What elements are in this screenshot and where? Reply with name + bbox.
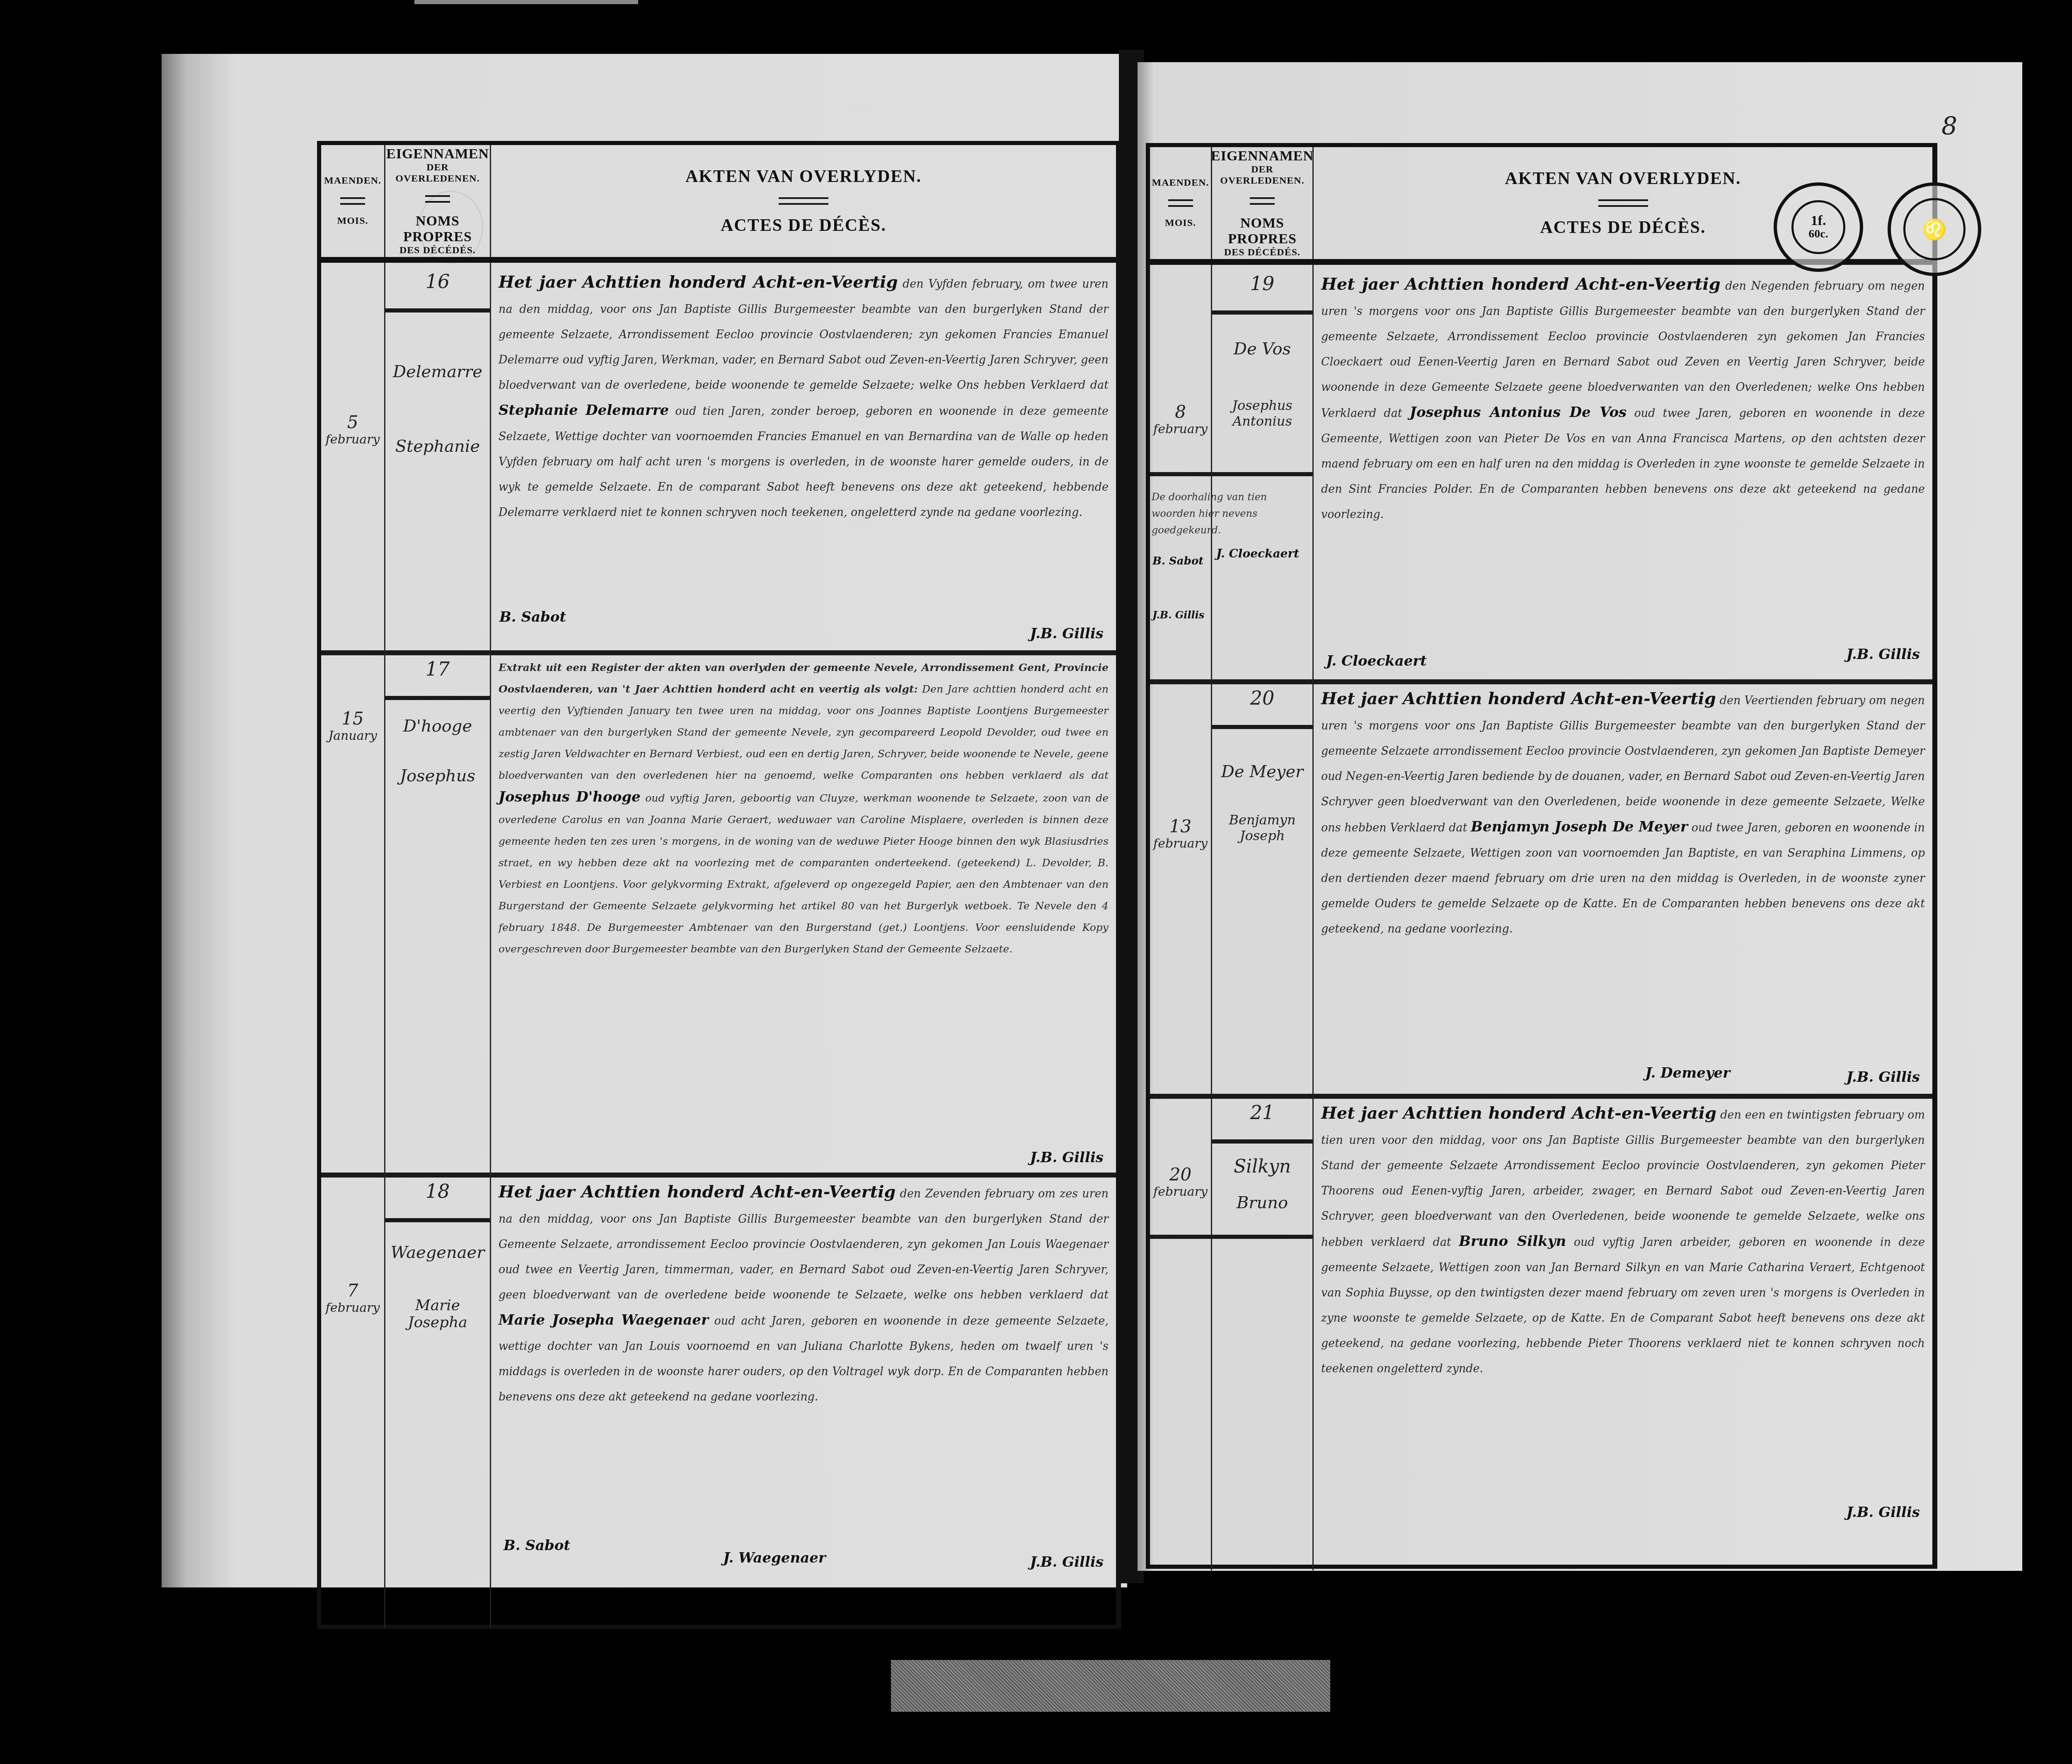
signature: J.B. Gillis — [1030, 625, 1104, 642]
surname: De Meyer — [1212, 762, 1312, 781]
table-row: 7february 18 Waegenaer Marie Josepha Het… — [321, 1173, 1116, 1628]
page-number: 8 — [1941, 112, 1957, 141]
act-text: Het jaer Achttien honderd Acht-en-Veerti… — [1321, 686, 1925, 942]
act-text: Het jaer Achttien honderd Acht-en-Veerti… — [499, 269, 1109, 525]
ledger-table-left: MAENDEN. MOIS. EIGENNAMEN DER OVERLEDENE… — [317, 141, 1121, 1629]
signature: B. Sabot — [499, 609, 566, 625]
given-name: Josephus Antonius — [1212, 397, 1312, 429]
act-cell: Het jaer Achttien honderd Acht-en-Veerti… — [1314, 679, 1932, 1094]
name-cell: 16 Delemarre Stephanie — [385, 263, 491, 650]
surname: Delemarre — [385, 362, 490, 381]
surname: Silkyn — [1212, 1156, 1312, 1177]
table-row: 8february De doorhaling van tien woorden… — [1150, 265, 1932, 684]
surname: Waegenaer — [385, 1243, 490, 1262]
act-cell: Het jaer Achttien honderd Acht-en-Veerti… — [1314, 1094, 1932, 1570]
signature: J. Demeyer — [1645, 1065, 1730, 1081]
act-cell: Extrakt uit een Register der akten van o… — [491, 650, 1116, 1173]
entry-number: 18 — [385, 1180, 490, 1202]
left-page: MAENDEN. MOIS. EIGENNAMEN DER OVERLEDENE… — [162, 54, 1127, 1587]
lion-emblem-icon: ♌ — [1922, 218, 1947, 241]
right-page: 8 MAENDEN. MOIS. EIGENNAMEN DER OVERLEDE… — [1138, 62, 2022, 1571]
signature: J.B. Gillis — [1030, 1149, 1104, 1166]
name-cell: 19 De Vos Josephus Antonius — [1212, 265, 1314, 679]
table-row: 20february 21 Silkyn Bruno Het jaer Acht… — [1150, 1094, 1932, 1570]
header-month: MAENDEN. MOIS. — [321, 145, 385, 257]
act-cell: Het jaer Achttien honderd Acht-en-Veerti… — [1314, 265, 1932, 679]
name-cell: 18 Waegenaer Marie Josepha — [385, 1173, 491, 1628]
act-text: Het jaer Achttien honderd Acht-en-Veerti… — [1321, 271, 1925, 527]
table-body: 5february 16 Delemarre Stephanie Het jae… — [321, 263, 1116, 1625]
given-name: Bruno — [1212, 1193, 1312, 1212]
header-month: MAENDEN. MOIS. — [1150, 147, 1212, 259]
surname: De Vos — [1212, 339, 1312, 359]
signature: J.B. Gillis — [1846, 1069, 1920, 1086]
scan-edge — [414, 0, 638, 4]
act-text: Het jaer Achttien honderd Acht-en-Veerti… — [1321, 1100, 1925, 1381]
entry-number: 17 — [385, 658, 490, 680]
header-acts: AKTEN VAN OVERLYDEN. ACTES DE DÉCÈS. — [491, 145, 1116, 257]
act-text: Het jaer Achttien honderd Acht-en-Veerti… — [499, 1179, 1109, 1410]
table-body: 8february De doorhaling van tien woorden… — [1150, 265, 1932, 1565]
given-name: Stephanie — [385, 437, 490, 456]
entry-number: 21 — [1212, 1101, 1312, 1124]
given-name: Josephus — [385, 766, 490, 785]
binding-tape — [891, 1660, 1330, 1712]
act-cell: Het jaer Achttien honderd Acht-en-Veerti… — [491, 263, 1116, 650]
signature: J.B. Gillis — [1846, 1504, 1920, 1521]
month-cell: 20february — [1150, 1094, 1212, 1570]
name-cell: 20 De Meyer Benjamyn Joseph — [1212, 679, 1314, 1094]
month-cell: 15January — [321, 650, 385, 1173]
given-name: Benjamyn Joseph — [1212, 812, 1312, 843]
header-names: EIGENNAMEN DER OVERLEDENEN. NOMS PROPRES… — [385, 145, 491, 257]
month-cell: 5february — [321, 263, 385, 650]
surname: D'hooge — [385, 717, 490, 736]
act-text: Extrakt uit een Register der akten van o… — [499, 657, 1109, 960]
name-cell: 17 D'hooge Josephus — [385, 650, 491, 1173]
tax-stamp-dimension: 1f. 60c. — [1774, 182, 1863, 272]
signature: J. Waegenaer — [723, 1550, 826, 1566]
act-cell: Het jaer Achttien honderd Acht-en-Veerti… — [491, 1173, 1116, 1628]
entry-number: 16 — [385, 270, 490, 293]
table-row: 15January 17 D'hooge Josephus Extrakt ui… — [321, 650, 1116, 1178]
ledger-table-right: MAENDEN. MOIS. EIGENNAMEN DER OVERLEDENE… — [1146, 143, 1937, 1569]
given-name: Marie Josepha — [385, 1297, 490, 1331]
table-header: MAENDEN. MOIS. EIGENNAMEN DER OVERLEDENE… — [321, 145, 1116, 263]
tax-stamp-extraordinaire: ♌ — [1888, 182, 1981, 276]
signature: B. Sabot — [503, 1537, 570, 1554]
month-cell: 13february — [1150, 679, 1212, 1094]
name-cell: 21 Silkyn Bruno — [1212, 1094, 1314, 1570]
entry-number: 20 — [1212, 687, 1312, 709]
table-row: 5february 16 Delemarre Stephanie Het jae… — [321, 263, 1116, 655]
signature: J.B. Gillis — [1030, 1554, 1104, 1570]
signature: J. Cloeckaert — [1326, 653, 1427, 669]
signature: J.B. Gillis — [1846, 646, 1920, 663]
month-cell: 8february De doorhaling van tien woorden… — [1150, 265, 1212, 679]
table-row: 13february 20 De Meyer Benjamyn Joseph H… — [1150, 679, 1932, 1099]
entry-number: 19 — [1212, 272, 1312, 295]
header-names: EIGENNAMEN DER OVERLEDENEN. NOMS PROPRES… — [1212, 147, 1314, 259]
month-cell: 7february — [321, 1173, 385, 1628]
